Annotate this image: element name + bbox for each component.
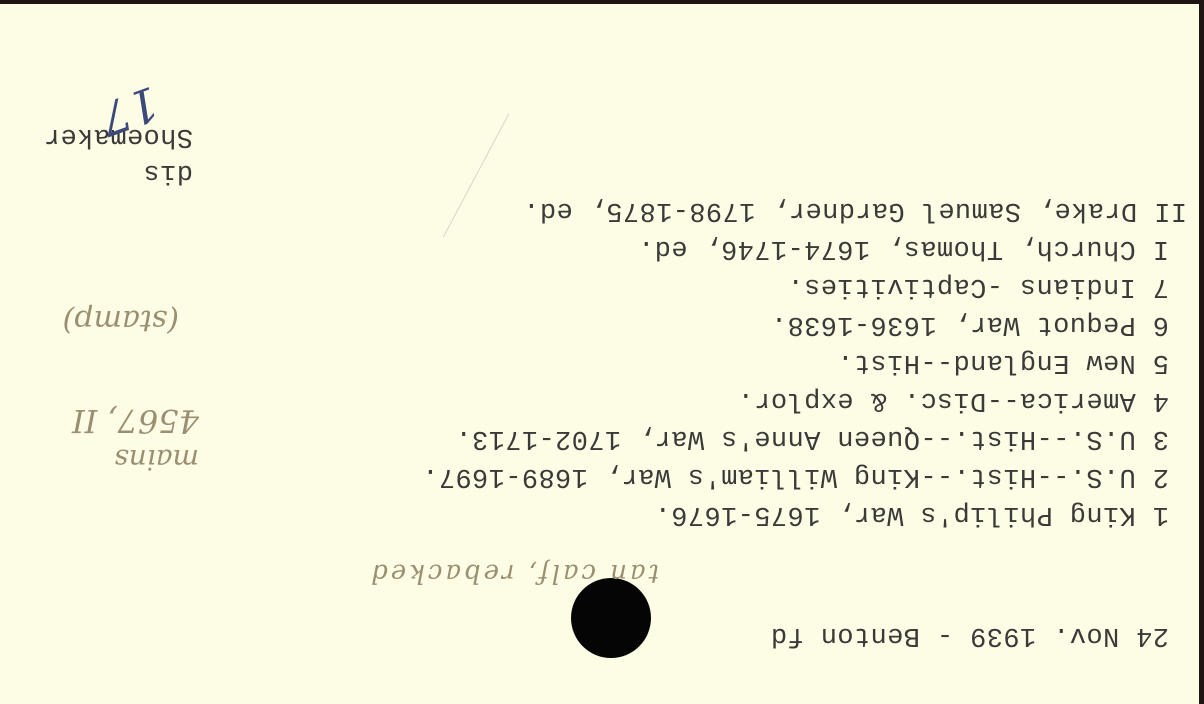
added-entry-2: II Drake, Samuel Gardner, 1798-1875, ed. (523, 195, 1187, 225)
dis-label: dis (143, 157, 193, 187)
punch-hole (571, 578, 651, 658)
scan-border-right (1199, 0, 1204, 704)
call-number-note: 4567, II (72, 402, 199, 440)
accession-header: 24 Nov. 1939 - Benton fd (771, 620, 1169, 650)
subject-6: 6 Pequot War, 1636-1638. (771, 309, 1169, 339)
subject-2: 2 U.S.--Hist.--King William's War, 1689-… (422, 461, 1169, 491)
pencil-stroke (443, 113, 510, 237)
added-entry-1: I Church, Thomas, 1674-1746, ed. (638, 233, 1169, 263)
stamp-note: (stamp) (63, 303, 179, 338)
binding-note: tan calf, rebacked (368, 558, 659, 588)
subject-1: 1 King Philip's War, 1675-1676. (654, 499, 1169, 529)
subject-3: 3 U.S.--Hist.--Queen Anne's War, 1702-17… (455, 423, 1169, 453)
mains-note: mains (114, 443, 199, 476)
catalog-card: 24 Nov. 1939 - Benton fd tan calf, rebac… (0, 4, 1199, 704)
subject-7: 7 Indians -Captivities. (787, 271, 1169, 301)
subject-4: 4 America--Disc. & explor. (737, 385, 1169, 415)
subject-5: 5 New England--Hist. (837, 347, 1169, 377)
